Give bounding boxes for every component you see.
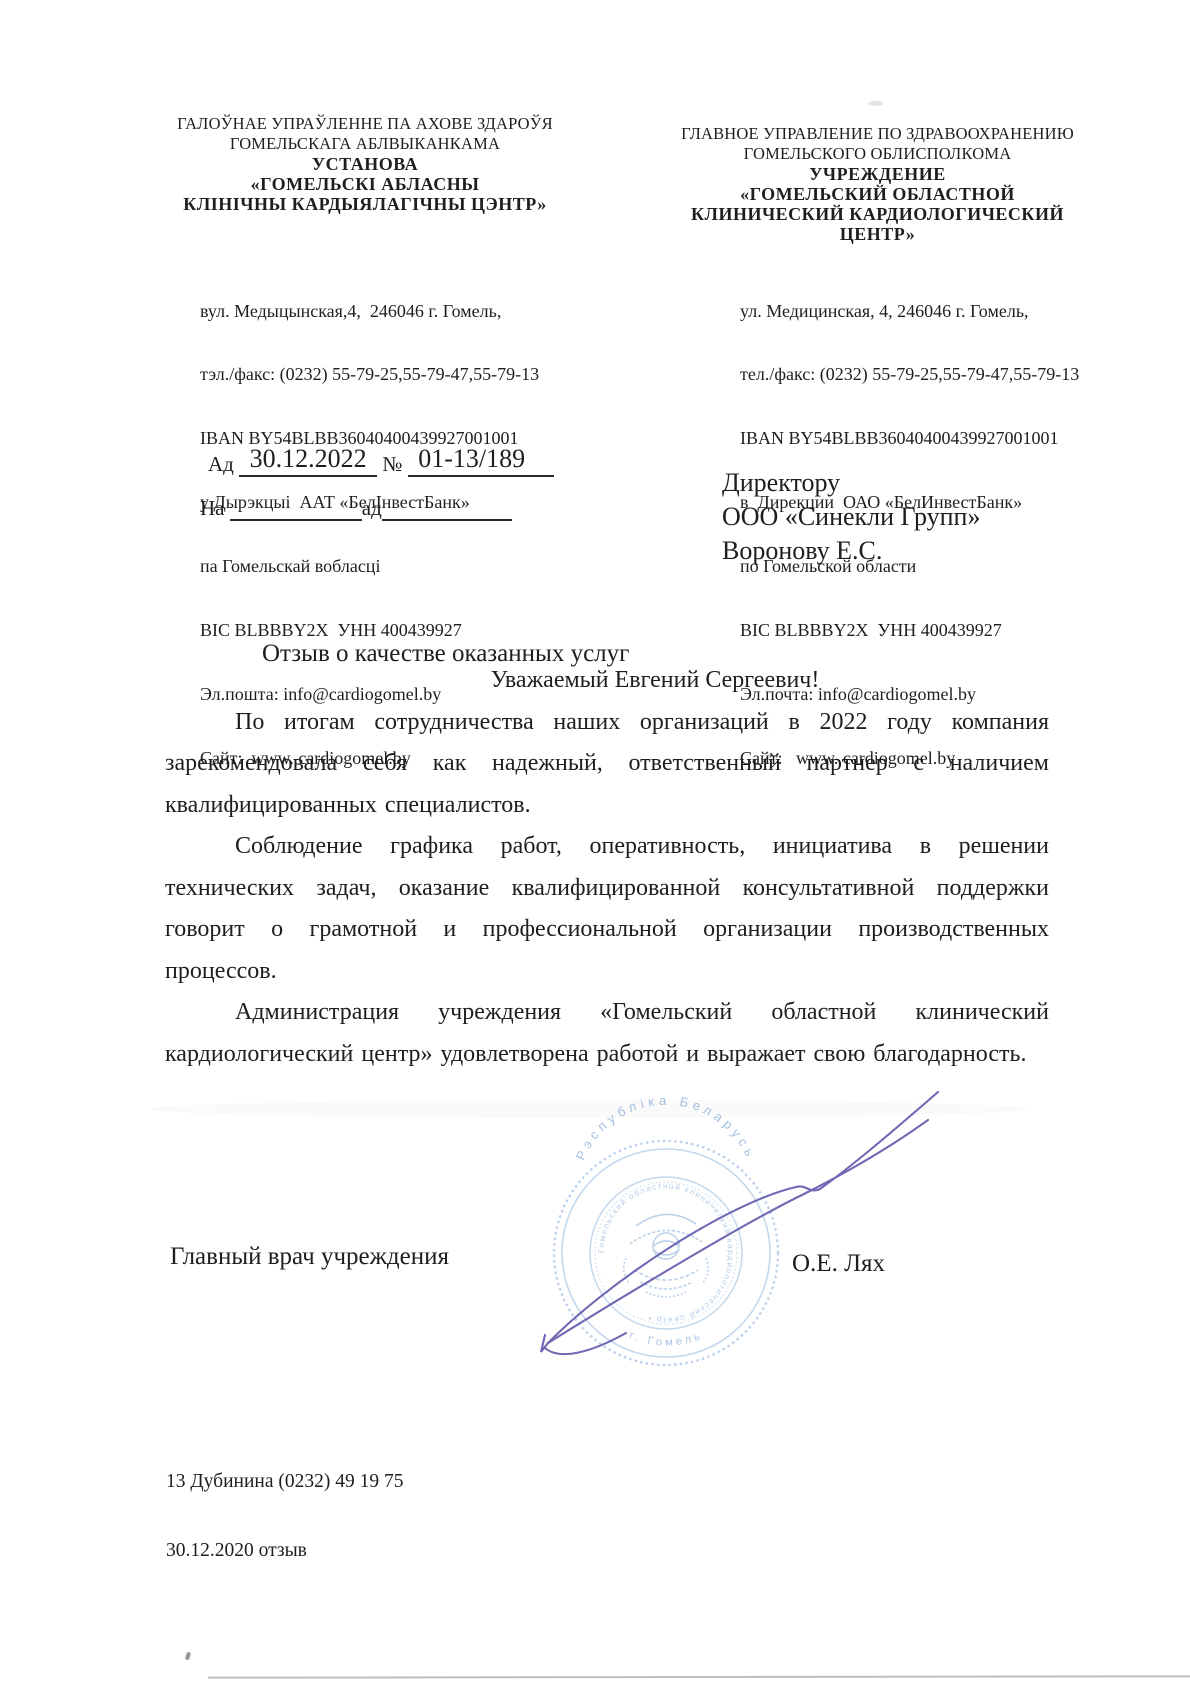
scan-edge-line [208,1675,1190,1678]
reference-number-value: 01-13/189 [408,444,536,477]
letterhead-right-org-line: УЧРЕЖДЕНИЕ [680,164,1075,184]
reference-number-underline-tail [536,455,554,477]
recipient-block: Директору ООО «Синекли Групп» Воронову Е… [722,466,980,568]
address-left-line: па Гомельскай вобласці [200,556,539,577]
reference-number-sign: № [382,452,402,476]
address-right-line: тел./факс: (0232) 55-79-25,55-79-47,55-7… [740,364,1079,385]
stamp-outer-ring [562,1149,770,1357]
address-left-line: тэл./факс: (0232) 55-79-25,55-79-47,55-7… [200,364,539,385]
scan-speck [868,101,883,106]
reply-label: На [200,496,225,520]
letterhead-left-authority-line: ГОМЕЛЬСКАГА АБЛВЫКАНКАМА [150,134,580,154]
body-paragraph: По итогам сотрудничества наших организац… [165,702,1049,827]
reply-to-label: ад [362,496,382,520]
scan-speck [185,1652,191,1661]
executor-footer: 13 Дубинина (0232) 49 19 75 30.12.2020 о… [166,1424,403,1608]
address-left-line: BIC BLBBBY2X УНН 400439927 [200,620,539,641]
reply-date-blank [230,497,362,521]
letterhead-left-authority-line: ГАЛОЎНАЕ УПРАЎЛЕННЕ ПА АХОВЕ ЗДАРОЎЯ [150,114,580,134]
address-right-line: ул. Медицинская, 4, 246046 г. Гомель, [740,301,1079,322]
reference-date-value: 30.12.2022 [239,444,377,477]
letterhead-right-authority-line: ГОМЕЛЬСКОГО ОБЛИСПОЛКОМА [680,144,1075,164]
stamp-org-ring-text: Гомельский областной клинический кардиол… [597,1182,735,1325]
reply-reference-line: На ад [200,496,512,521]
stamp-inner-ring [590,1177,742,1329]
stamp-outer-dotted-ring [554,1141,778,1365]
letterhead-right-authority-line: ГЛАВНОЕ УПРАВЛЕНИЕ ПО ЗДРАВООХРАНЕНИЮ [680,124,1075,144]
executor-file-line: 30.12.2020 отзыв [166,1539,403,1562]
salutation-line: Уважаемый Евгений Сергеевич! [165,660,1049,702]
letterhead-left-org-line: «ГОМЕЛЬСКІ АБЛАСНЫ [150,174,580,194]
letterhead-right-org-line: ЦЕНТР» [680,224,1075,244]
recipient-person-line: Воронову Е.С. [722,534,980,568]
round-stamp [554,1141,778,1365]
letterhead-left-org-line: КЛІНІЧНЫ КАРДЫЯЛАГІЧНЫ ЦЭНТР» [150,194,580,214]
address-left-line: вул. Медыцынская,4, 246046 г. Гомель, [200,301,539,322]
letterhead-left: ГАЛОЎНАЕ УПРАЎЛЕННЕ ПА АХОВЕ ЗДАРОЎЯ ГОМ… [150,114,580,214]
letter-body: Уважаемый Евгений Сергеевич! По итогам с… [165,660,1049,1075]
address-right-line: BIC BLBBBY2X УНН 400439927 [740,620,1079,641]
executor-contact-line: 13 Дубинина (0232) 49 19 75 [166,1470,403,1493]
stamp-org-ring-textpath: Гомельский областной клинический кардиол… [597,1182,735,1325]
letterhead-right-org-line: КЛИНИЧЕСКИЙ КАРДИОЛОГИЧЕСКИЙ [680,204,1075,224]
stamp-emblem [624,1214,709,1297]
reference-from-label: Ад [208,452,234,476]
stamp-country-arc-text: Рэспубліка Беларусь [573,1093,759,1163]
address-right-line: IBAN BY54BLBB36040400439927001001 [740,428,1079,449]
stamp-country-arc-textpath: Рэспубліка Беларусь [573,1093,759,1163]
scanned-letter-page: ГАЛОЎНАЕ УПРАЎЛЕННЕ ПА АХОВЕ ЗДАРОЎЯ ГОМ… [0,0,1190,1682]
recipient-title-line: Директору [722,466,980,500]
recipient-company-line: ООО «Синекли Групп» [722,500,980,534]
stamp-city-arc-text: г. Гомель [628,1329,705,1348]
stamp-and-signature: Рэспубліка Беларусь Гомельский областной… [430,1030,990,1410]
body-paragraph: Соблюдение графика работ, оперативность,… [165,826,1049,992]
stamp-city-arc-textpath: г. Гомель [628,1329,705,1348]
reference-line: Ад 30.12.2022 № 01-13/189 [208,444,554,477]
letterhead-left-org-line: УСТАНОВА [150,154,580,174]
letterhead-right-org-line: «ГОМЕЛЬСКИЙ ОБЛАСТНОЙ [680,184,1075,204]
signature-name: О.Е. Лях [792,1250,885,1278]
signature-role: Главный врач учреждения [170,1243,449,1271]
reply-number-blank [382,497,512,521]
letterhead-right: ГЛАВНОЕ УПРАВЛЕНИЕ ПО ЗДРАВООХРАНЕНИЮ ГО… [680,124,1075,244]
